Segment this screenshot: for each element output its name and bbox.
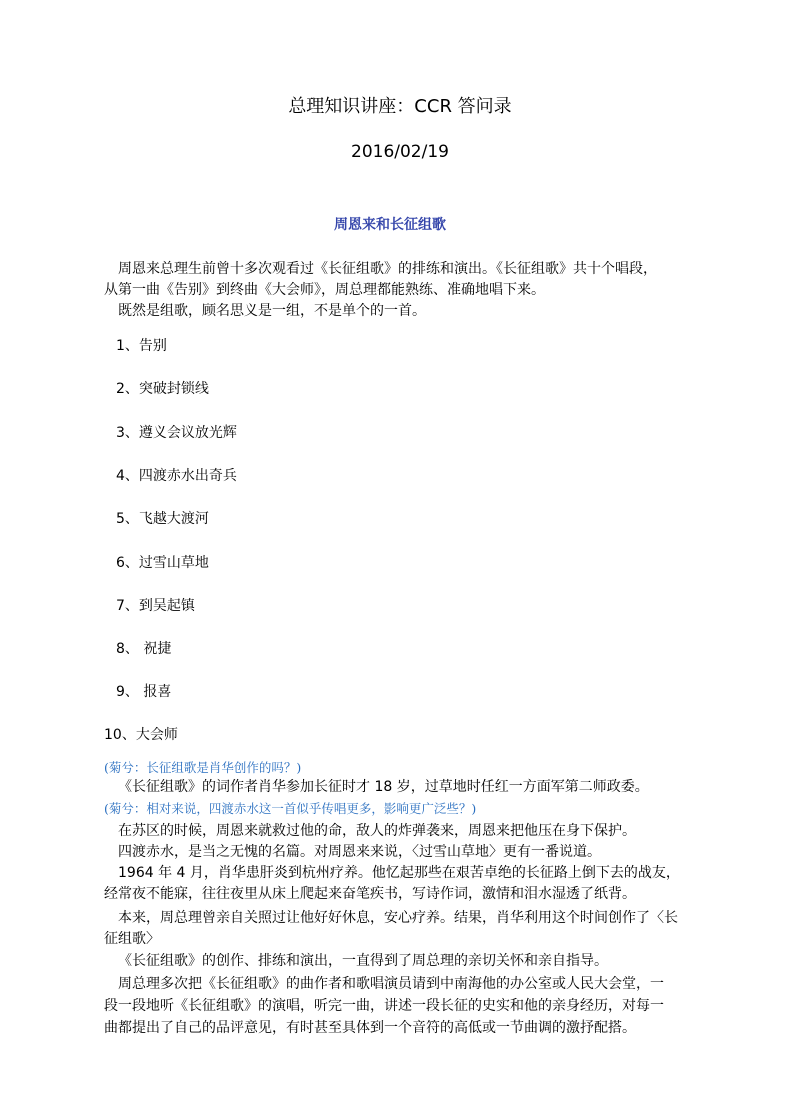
- song-list-item: 4、四渡赤水出奇兵: [116, 467, 237, 485]
- intro-paragraph-line-1: 周恩来总理生前曾十多次观看过《长征组歌》的排练和演出。《长征组歌》共十个唱段，: [104, 259, 704, 280]
- question-note: (菊兮：相对来说，四渡赤水这一首似乎传唱更多，影响更广泛些？): [104, 800, 476, 818]
- answer-paragraph: 在苏区的时候，周恩来就救过他的命，敌人的炸弹袭来，周恩来把他压在身下保护。: [104, 821, 704, 842]
- answer-paragraph-continued: 段一段地听《长征组歌》的演唱，听完一曲，讲述一段长征的史实和他的亲身经历，对每一: [104, 996, 704, 1017]
- intro-paragraph-line-3: 既然是组歌，顾名思义是一组，不是单个的一首。: [104, 301, 704, 322]
- answer-paragraph: 1964 年 4 月，肖华患肝炎到杭州疗养。他忆起那些在艰苦卓绝的长征路上倒下去…: [104, 863, 704, 884]
- answer-paragraph: 周总理多次把《长征组歌》的曲作者和歌唱演员请到中南海他的办公室或人民大会堂，一: [104, 974, 704, 995]
- answer-paragraph: 《长征组歌》的词作者肖华参加长征时才 18 岁，过草地时任红一方面军第二师政委。: [104, 777, 704, 798]
- song-list-item: 6、过雪山草地: [116, 554, 209, 572]
- document-title: 总理知识讲座：CCR 答问录: [0, 96, 800, 118]
- answer-paragraph: 四渡赤水，是当之无愧的名篇。对周恩来来说，〈过雪山草地〉更有一番说道。: [104, 842, 704, 863]
- intro-paragraph-line-2: 从第一曲《告别》到终曲《大会师》，周总理都能熟练、准确地唱下来。: [104, 280, 704, 301]
- song-list-item: 10、大会师: [104, 726, 178, 744]
- song-list-item: 7、到吴起镇: [116, 597, 195, 615]
- section-heading: 周恩来和长征组歌: [0, 216, 780, 234]
- song-list-item: 2、突破封锁线: [116, 380, 209, 398]
- document-page: 总理知识讲座：CCR 答问录 2016/02/19 周恩来和长征组歌 周恩来总理…: [0, 0, 800, 1100]
- song-list-item: 8、 祝捷: [116, 640, 171, 658]
- song-list-item: 3、遵义会议放光辉: [116, 424, 237, 442]
- song-list-item: 9、 报喜: [116, 683, 171, 701]
- document-date: 2016/02/19: [0, 141, 800, 163]
- song-list-item: 1、告别: [116, 337, 167, 355]
- answer-paragraph-continued: 经常夜不能寐，往往夜里从床上爬起来奋笔疾书，写诗作词，激情和泪水湿透了纸背。: [104, 884, 704, 905]
- song-list-item: 5、飞越大渡河: [116, 510, 209, 528]
- answer-paragraph: 《长征组歌》的创作、排练和演出，一直得到了周总理的亲切关怀和亲自指导。: [104, 951, 704, 972]
- answer-paragraph-continued: 曲都提出了自己的品评意见，有时甚至具体到一个音符的高低或一节曲调的激抒配搭。: [104, 1018, 704, 1039]
- answer-paragraph-continued: 征组歌〉: [104, 929, 704, 950]
- question-note: (菊兮：长征组歌是肖华创作的吗？): [104, 759, 301, 777]
- answer-paragraph: 本来，周总理曾亲自关照过让他好好休息，安心疗养。结果，肖华利用这个时间创作了〈长: [104, 908, 704, 929]
